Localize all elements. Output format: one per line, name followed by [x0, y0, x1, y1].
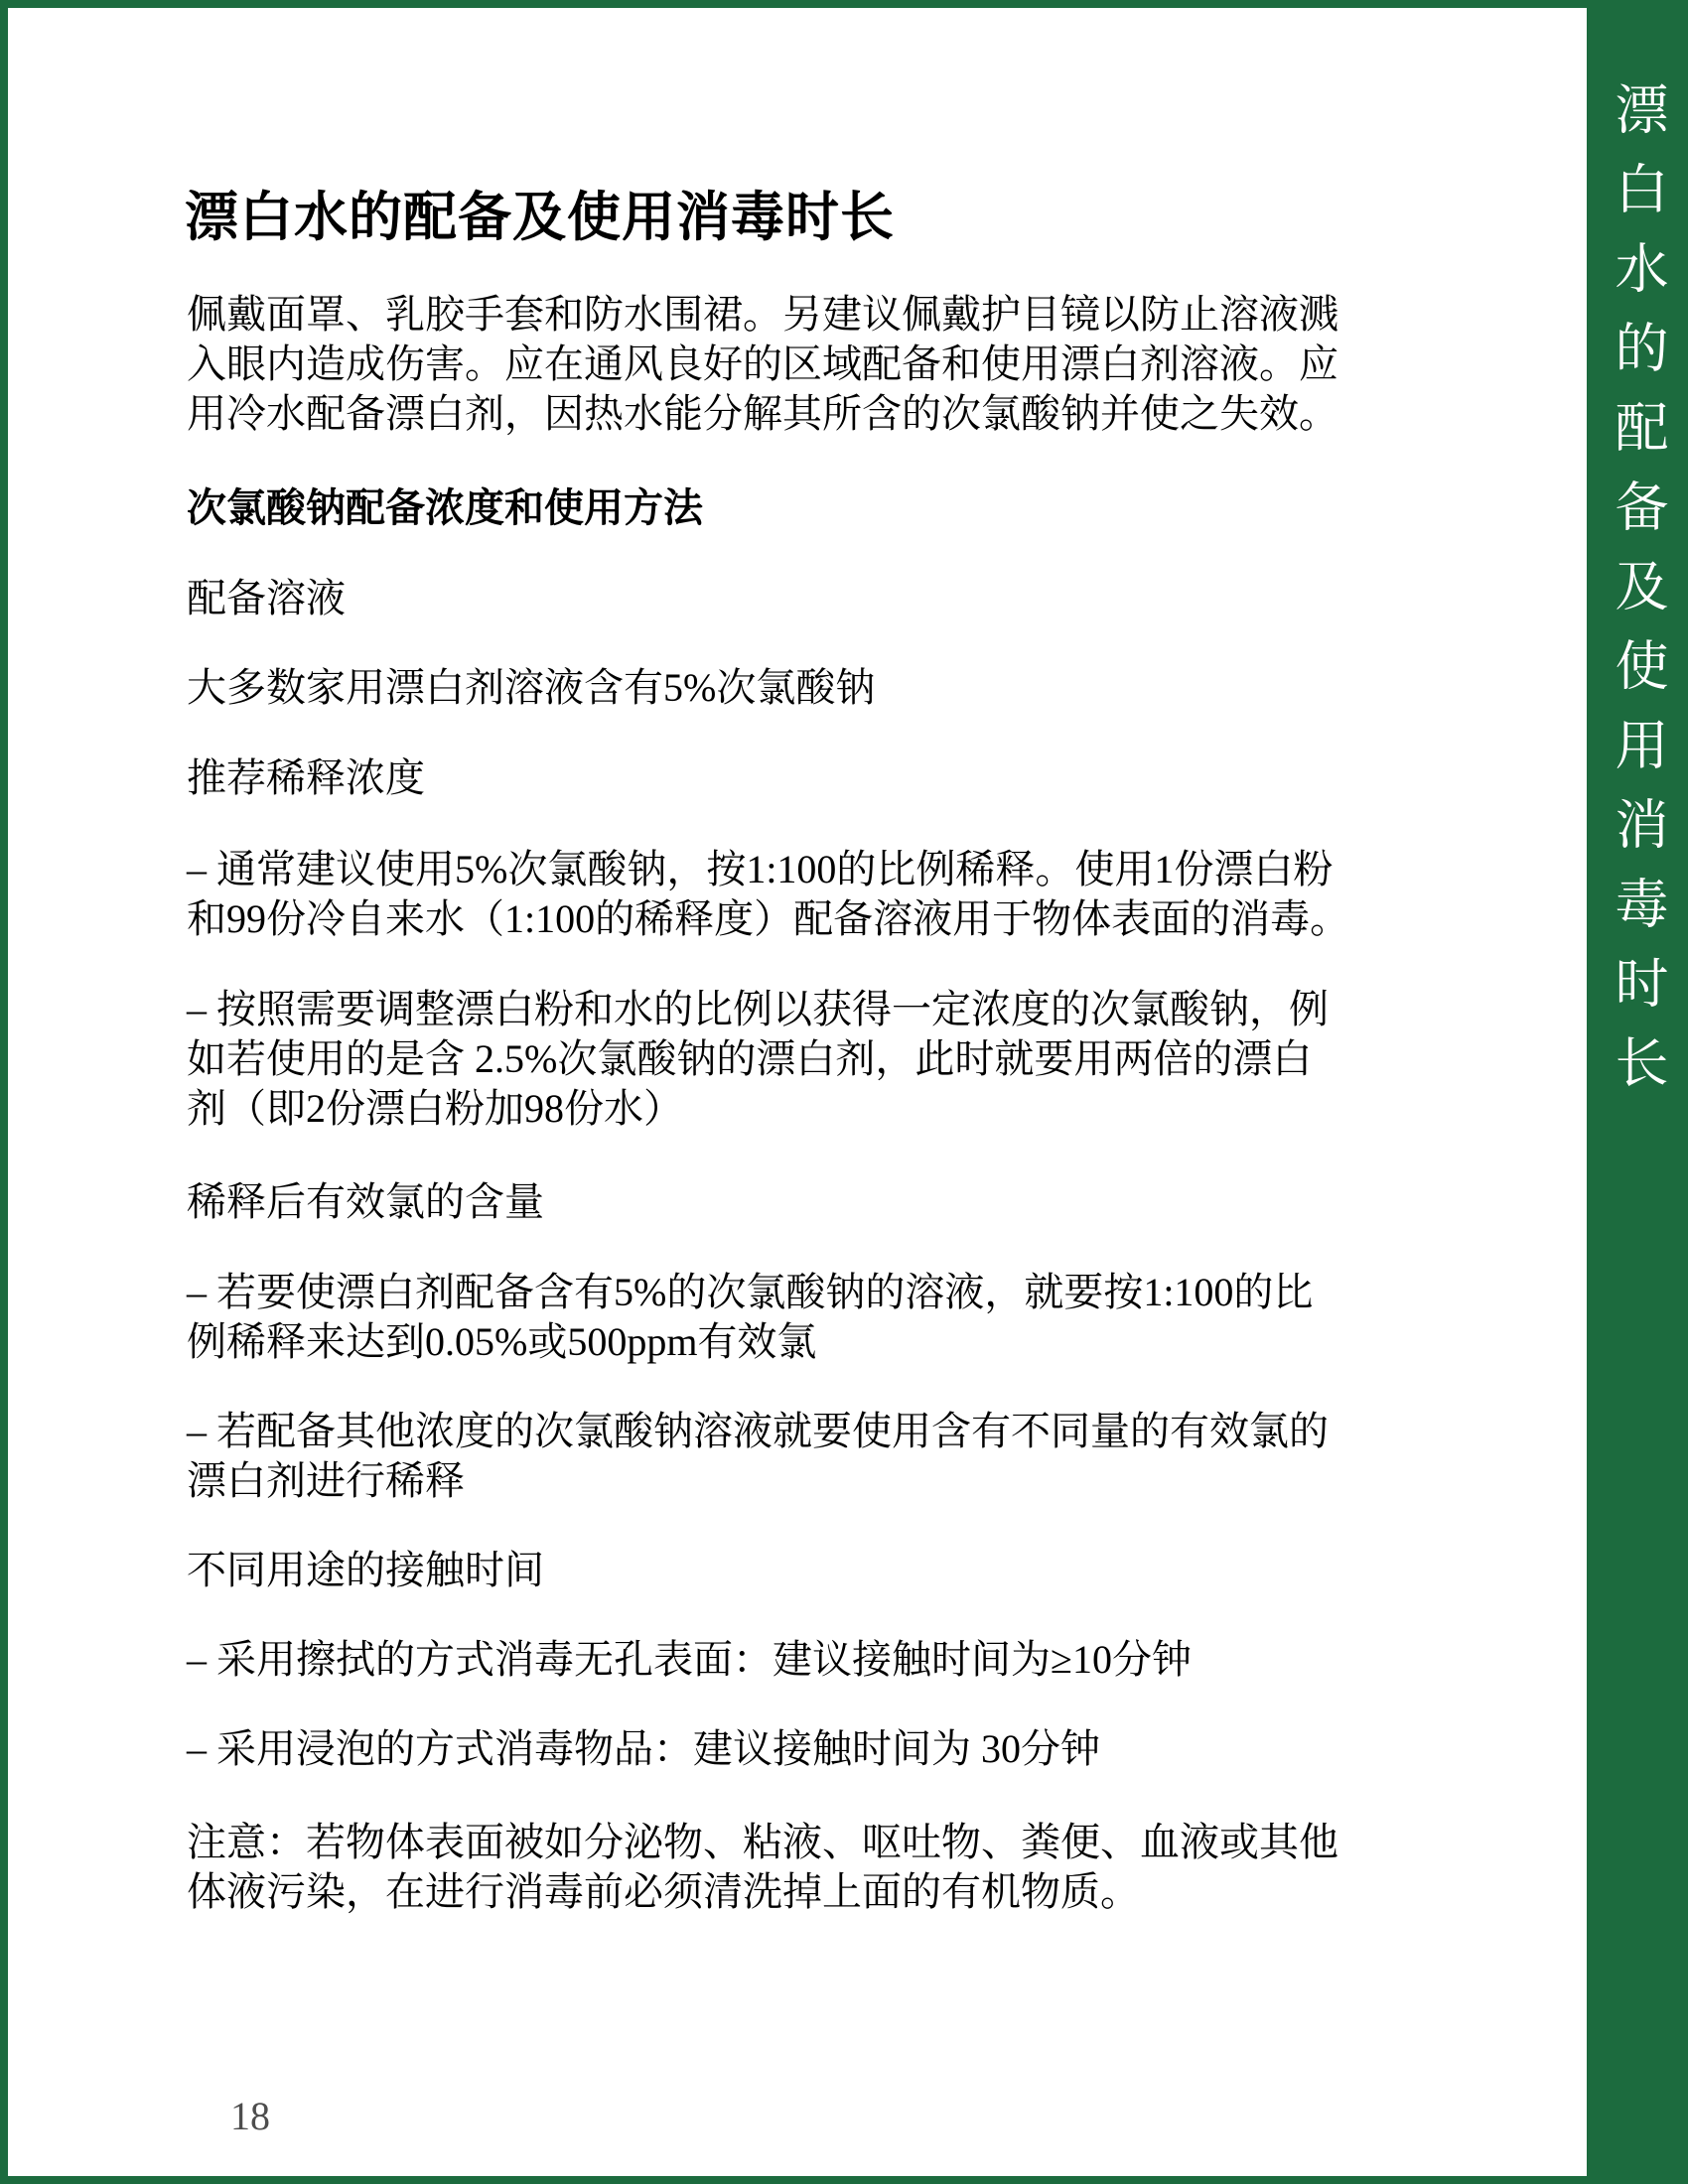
bullet-soak-contact-time: – 采用浸泡的方式消毒物品：建议接触时间为 30分钟 — [187, 1724, 1368, 1774]
chapter-sidebar-vertical-title: 漂白水的配备及使用消毒时长 — [1587, 81, 1688, 2184]
subheading-contact-time: 不同用途的接触时间 — [187, 1546, 1368, 1595]
document-page: 漂白水的配备及使用消毒时长 漂白水的配备及使用消毒时长 佩戴面罩、乳胶手套和防水… — [0, 0, 1688, 2184]
section-heading-concentration-and-usage: 次氯酸钠配备浓度和使用方法 — [187, 483, 1368, 533]
subheading-prepare-solution: 配备溶液 — [187, 574, 1368, 623]
household-bleach-line: 大多数家用漂白剂溶液含有5%次氯酸钠 — [187, 663, 1368, 713]
bullet-other-concentrations: – 若配备其他浓度的次氯酸钠溶液就要使用含有不同量的有效氯的 漂白剂进行稀释 — [187, 1407, 1368, 1506]
bullet-wipe-contact-time: – 采用擦拭的方式消毒无孔表面：建议接触时间为≥10分钟 — [187, 1635, 1368, 1685]
page-border-top — [0, 0, 1688, 8]
subheading-recommended-dilution: 推荐稀释浓度 — [187, 753, 1368, 803]
bullet-dilution-ratio: – 通常建议使用5%次氯酸钠，按1:100的比例稀释。使用1份漂白粉 和99份冷… — [187, 845, 1368, 944]
page-border-left — [0, 0, 8, 2184]
bullet-chlorine-500ppm: – 若要使漂白剂配备含有5%的次氯酸钠的溶液，就要按1:100的比 例稀释来达到… — [187, 1268, 1368, 1367]
page-title: 漂白水的配备及使用消毒时长 — [185, 175, 895, 251]
chapter-sidebar: 漂白水的配备及使用消毒时长 — [1587, 0, 1688, 2184]
page-number: 18 — [230, 2093, 270, 2139]
intro-paragraph: 佩戴面罩、乳胶手套和防水围裙。另建议佩戴护目镜以防止溶液溅 入眼内造成伤害。应在… — [187, 290, 1368, 439]
subheading-available-chlorine: 稀释后有效氯的含量 — [187, 1177, 1368, 1227]
bullet-adjust-ratio: – 按照需要调整漂白粉和水的比例以获得一定浓度的次氯酸钠，例 如若使用的是含 2… — [187, 985, 1368, 1134]
page-border-bottom — [0, 2176, 1688, 2184]
note-paragraph: 注意：若物体表面被如分泌物、粘液、呕吐物、粪便、血液或其他 体液污染，在进行消毒… — [187, 1818, 1368, 1917]
